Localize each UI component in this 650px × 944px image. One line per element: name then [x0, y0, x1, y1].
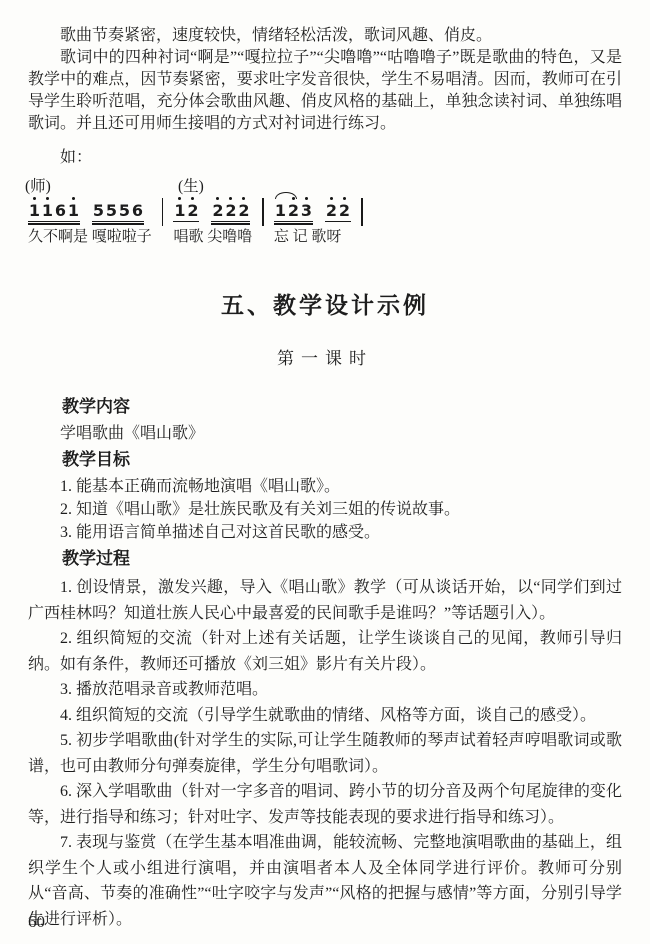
octave-dot [216, 197, 219, 200]
notation-measure: 12222唱歌 尖噜噜 [173, 197, 252, 247]
note-digit: 5 [106, 202, 117, 219]
octave-dot [305, 197, 308, 200]
process-list: 1. 创设情景，激发兴趣，导入《唱山歌》教学（可从谈话开始，以“同学们到过广西桂… [28, 575, 622, 932]
octave-dot [343, 197, 346, 200]
process-step: 7. 表现与鉴赏（在学生基本唱准曲调，能较流畅、完整地演唱歌曲的基础上，组织学生… [28, 830, 622, 932]
jianpu-note: 5 [105, 197, 118, 219]
objectives-heading: 教学目标 [28, 448, 622, 472]
octave-dot [242, 197, 245, 200]
octave-dot [33, 197, 36, 200]
notation-measure: 11615556久不啊是 嘎啦啦子 [28, 197, 152, 247]
note-digit: 1 [68, 202, 79, 219]
jianpu-note: 2 [287, 197, 300, 219]
process-step: 1. 创设情景，激发兴趣，导入《唱山歌》教学（可从谈话开始，以“同学们到过广西桂… [28, 575, 622, 626]
content-text: 学唱歌曲《唱山歌》 [28, 423, 622, 445]
octave-dot [72, 197, 75, 200]
note-group: 22 [325, 197, 351, 222]
student-label: (生) [178, 174, 204, 196]
lyrics-line: 唱歌 尖噜噜 [173, 227, 252, 247]
note-digit: 3 [301, 202, 312, 219]
barline [162, 198, 164, 226]
notes-row: 12322 [274, 197, 351, 222]
jianpu-note: 6 [131, 197, 144, 219]
octave-dot [136, 197, 139, 200]
note-digit: 2 [187, 202, 198, 219]
note-digit: 2 [225, 202, 236, 219]
note-digit: 2 [238, 202, 249, 219]
jianpu-note: 6 [54, 197, 67, 219]
barline [262, 198, 264, 226]
note-digit: 6 [132, 202, 143, 219]
jianpu-note: 1 [274, 197, 287, 219]
example-label: 如： [28, 147, 622, 169]
jianpu-note: 2 [211, 197, 224, 219]
note-digit: 1 [29, 202, 40, 219]
slur-mark [275, 192, 297, 199]
notation-measure: 12322忘 记 歌呀 [274, 197, 351, 247]
process-step: 2. 组织简短的交流（针对上述有关话题，让学生谈谈自己的见闻，教师引导归纳。如有… [28, 626, 622, 677]
music-notation: (师) (生) 11615556久不啊是 嘎啦啦子12222唱歌 尖噜噜1232… [28, 174, 622, 247]
note-group: 12 [173, 197, 199, 222]
note-digit: 2 [339, 202, 350, 219]
note-digit: 1 [42, 202, 53, 219]
octave-dot [191, 197, 194, 200]
octave-dot [123, 197, 126, 200]
octave-dot [110, 197, 113, 200]
jianpu-note: 2 [325, 197, 338, 219]
barline [361, 198, 363, 226]
note-digit: 2 [288, 202, 299, 219]
jianpu-note: 5 [92, 197, 105, 219]
process-step: 4. 组织简短的交流（引导学生就歌曲的情绪、风格等方面，谈自己的感受）。 [28, 703, 622, 729]
jianpu-note: 1 [173, 197, 186, 219]
note-digit: 5 [119, 202, 130, 219]
note-digit: 1 [275, 202, 286, 219]
jianpu-note: 2 [338, 197, 351, 219]
lesson-title: 第一课时 [28, 347, 622, 371]
objective-item: 3. 能用语言简单描述自己对这首民歌的感受。 [28, 521, 622, 544]
note-digit: 2 [212, 202, 223, 219]
objective-item: 2. 知道《唱山歌》是壮族民歌及有关刘三姐的传说故事。 [28, 498, 622, 521]
notes-row: 11615556 [28, 197, 152, 222]
intro-paragraph-2: 歌词中的四种衬词“啊是”“嘎拉拉子”“尖噜噜”“咕噜噜子”既是歌曲的特色，又是教… [28, 47, 622, 135]
objective-item: 1. 能基本正确而流畅地演唱《唱山歌》。 [28, 475, 622, 498]
lyrics-line: 久不啊是 嘎啦啦子 [28, 227, 152, 247]
octave-dot [46, 197, 49, 200]
note-group: 123 [274, 197, 313, 222]
note-group: 222 [211, 197, 250, 222]
process-step: 6. 深入学唱歌曲（针对一字多音的唱词、跨小节的切分音及两个句尾旋律的变化等，进… [28, 779, 622, 830]
note-group: 5556 [92, 197, 144, 222]
note-digit: 5 [93, 202, 104, 219]
octave-dot [229, 197, 232, 200]
jianpu-note: 1 [28, 197, 41, 219]
section-title: 五、教学设计示例 [28, 291, 622, 321]
note-digit: 1 [174, 202, 185, 219]
jianpu-note: 2 [224, 197, 237, 219]
intro-paragraph-1: 歌曲节奏紧密，速度较快，情绪轻松活泼，歌词风趣、俏皮。 [28, 25, 622, 47]
process-step: 5. 初步学唱歌曲(针对学生的实际,可让学生随教师的琴声试着轻声哼唱歌词或歌谱，… [28, 728, 622, 779]
process-heading: 教学过程 [28, 547, 622, 571]
jianpu-score: 11615556久不啊是 嘎啦啦子12222唱歌 尖噜噜12322忘 记 歌呀 [28, 197, 622, 247]
note-digit: 6 [55, 202, 66, 219]
note-digit: 2 [326, 202, 337, 219]
objectives-list: 1. 能基本正确而流畅地演唱《唱山歌》。2. 知道《唱山歌》是壮族民歌及有关刘三… [28, 475, 622, 544]
note-group: 1161 [28, 197, 80, 222]
octave-dot [97, 197, 100, 200]
jianpu-note: 1 [67, 197, 80, 219]
role-labels: (师) (生) [28, 174, 622, 194]
octave-dot [178, 197, 181, 200]
notes-row: 12222 [173, 197, 252, 222]
process-step: 3. 播放范唱录音或教师范唱。 [28, 677, 622, 703]
octave-dot [330, 197, 333, 200]
octave-dot [59, 197, 62, 200]
jianpu-note: 3 [300, 197, 313, 219]
jianpu-note: 2 [186, 197, 199, 219]
document-page: 歌曲节奏紧密，速度较快，情绪轻松活泼，歌词风趣、俏皮。 歌词中的四种衬词“啊是”… [0, 0, 650, 944]
jianpu-note: 2 [237, 197, 250, 219]
page-number: 60 [28, 913, 45, 931]
content-heading: 教学内容 [28, 395, 622, 419]
jianpu-note: 1 [41, 197, 54, 219]
teacher-label: (师) [25, 174, 51, 196]
jianpu-note: 5 [118, 197, 131, 219]
lyrics-line: 忘 记 歌呀 [274, 227, 351, 247]
